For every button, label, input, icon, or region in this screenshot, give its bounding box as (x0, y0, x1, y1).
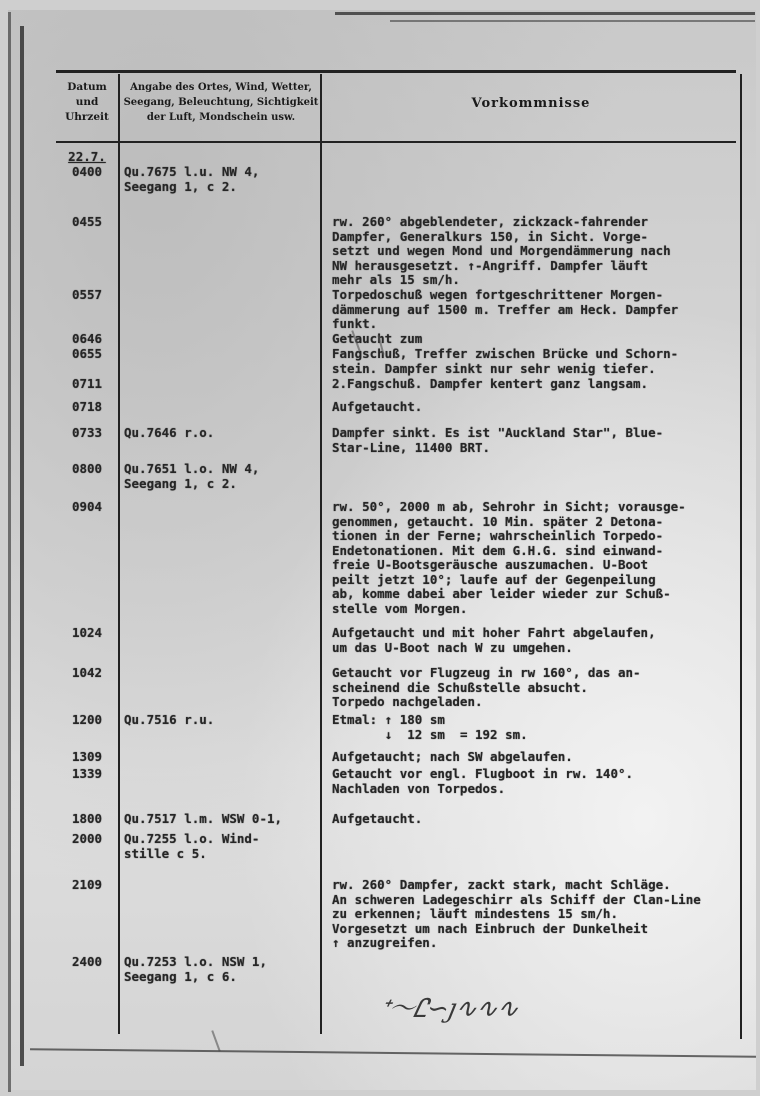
entry-time: 0646 (56, 332, 118, 347)
signature: ᐩ〜Ꮭ∽ȷ∿∿∿ (380, 988, 610, 1028)
entry-time: 2000 (56, 832, 118, 847)
entry-time: 1309 (56, 750, 118, 765)
table-top-rule (56, 70, 736, 73)
entry-time: 1024 (56, 626, 118, 641)
top-rule (335, 12, 755, 15)
header-place-weather: Angabe des Ortes, Wind, Wetter, Seegang,… (122, 80, 320, 125)
entry-event: Getaucht vor Flugzeug in rw 160°, das an… (332, 666, 740, 710)
entry-time: 0455 (56, 215, 118, 230)
entry-event: Aufgetaucht. (332, 812, 740, 827)
entry-event: 2.Fangschuß. Dampfer kentert ganz langsa… (332, 377, 740, 392)
entry-event: Getaucht vor engl. Flugboot in rw. 140°.… (332, 767, 740, 796)
entry-time: 1042 (56, 666, 118, 681)
entry-time: 0904 (56, 500, 118, 515)
entry-place: Qu.7253 l.o. NSW 1, Seegang 1, c 6. (124, 955, 320, 984)
signature-scrawl: ᐩ〜Ꮭ∽ȷ∿∿∿ (376, 988, 522, 1025)
entry-place: Qu.7651 l.o. NW 4, Seegang 1, c 2. (124, 462, 320, 491)
entry-time: 0718 (56, 400, 118, 415)
entry-event: Etmal: ↑ 180 sm ↓ 12 sm = 192 sm. (332, 713, 740, 742)
entry-event: Torpedoschuß wegen fortgeschrittener Mor… (332, 288, 740, 332)
date-mark: 22.7. (56, 150, 118, 165)
entry-event: Dampfer sinkt. Es ist "Auckland Star", B… (332, 426, 740, 455)
entry-event: rw. 50°, 2000 m ab, Sehrohr in Sicht; vo… (332, 500, 740, 616)
header-rule (56, 141, 736, 143)
log-table: Datum und Uhrzeit Angabe des Ortes, Wind… (56, 70, 736, 1045)
page-edge-inner (20, 26, 24, 1066)
column-divider-3 (740, 74, 742, 1039)
header-events: Vorkommnisse (322, 96, 740, 111)
column-divider-2 (320, 74, 322, 1034)
entry-event: Aufgetaucht. (332, 400, 740, 415)
entry-event: Aufgetaucht und mit hoher Fahrt abgelauf… (332, 626, 740, 655)
entry-time: 0655 (56, 347, 118, 362)
entry-time: 0711 (56, 377, 118, 392)
column-divider-1 (118, 74, 120, 1034)
header-date-time: Datum und Uhrzeit (56, 80, 118, 125)
entry-time: 0400 (56, 165, 118, 180)
entry-event: rw. 260° Dampfer, zackt stark, macht Sch… (332, 878, 740, 951)
entry-place: Qu.7675 l.u. NW 4, Seegang 1, c 2. (124, 165, 320, 194)
entry-event: Fangschuß, Treffer zwischen Brücke und S… (332, 347, 740, 376)
entry-place: Qu.7255 l.o. Wind- stille c 5. (124, 832, 320, 861)
entry-event: rw. 260° abgeblendeter, zickzack-fahrend… (332, 215, 740, 288)
top-rule-secondary (390, 20, 755, 22)
entry-time: 0557 (56, 288, 118, 303)
entry-time: 1200 (56, 713, 118, 728)
entry-time: 0733 (56, 426, 118, 441)
entry-time: 2400 (56, 955, 118, 970)
entry-time: 2109 (56, 878, 118, 893)
entry-time: 0800 (56, 462, 118, 477)
page-edge (8, 12, 11, 1092)
entry-event: Getaucht zum (332, 332, 740, 347)
entry-place: Qu.7516 r.u. (124, 713, 320, 728)
entry-time: 1800 (56, 812, 118, 827)
entry-place: Qu.7517 l.m. WSW 0-1, (124, 812, 320, 827)
entry-event: Aufgetaucht; nach SW abgelaufen. (332, 750, 740, 765)
entry-time: 1339 (56, 767, 118, 782)
entry-place: Qu.7646 r.o. (124, 426, 320, 441)
